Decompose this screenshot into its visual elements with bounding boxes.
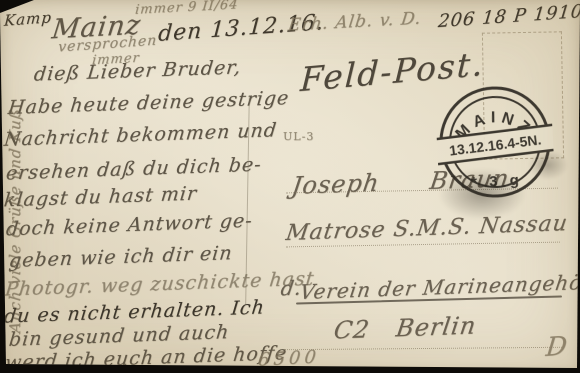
- message-line: Photogr. weg zuschickte hast: [4, 268, 316, 301]
- photo-of-postcard: Kamp Mainz den 13.12.16. immer 9 II/64 v…: [0, 0, 580, 373]
- corner-letter: D: [544, 331, 569, 363]
- top-right-number: 206 18 P 1910: [437, 1, 580, 32]
- address-line-rule: [284, 347, 562, 350]
- tiny-pencil-note: UL-3: [283, 130, 314, 143]
- address-rank: Matrose S.M.S. Nassau: [284, 211, 569, 246]
- postmark-index: * 3 g: [471, 172, 524, 192]
- message-line: dieß Lieber Bruder,: [33, 56, 243, 85]
- header-scribble-top: immer 9 II/64: [134, 0, 239, 18]
- message-line: klagst du hast mir: [3, 183, 198, 212]
- header-prefix: Kamp: [3, 8, 52, 29]
- postmark-stamp: MAINZ 13.12.16.4-5N. * 3 g: [434, 81, 556, 203]
- message-line: geben wie ich dir ein: [8, 242, 234, 272]
- pencil-number: 6500: [257, 346, 321, 370]
- message-line: ersehen daß du dich be-: [5, 153, 263, 184]
- postcard-back: Kamp Mainz den 13.12.16. immer 9 II/64 v…: [0, 0, 580, 373]
- message-line: Nachricht bekommen und: [3, 119, 278, 151]
- address-city: C2 Berlin: [332, 311, 478, 344]
- message-line: doch keine Antwort ge-: [5, 210, 254, 241]
